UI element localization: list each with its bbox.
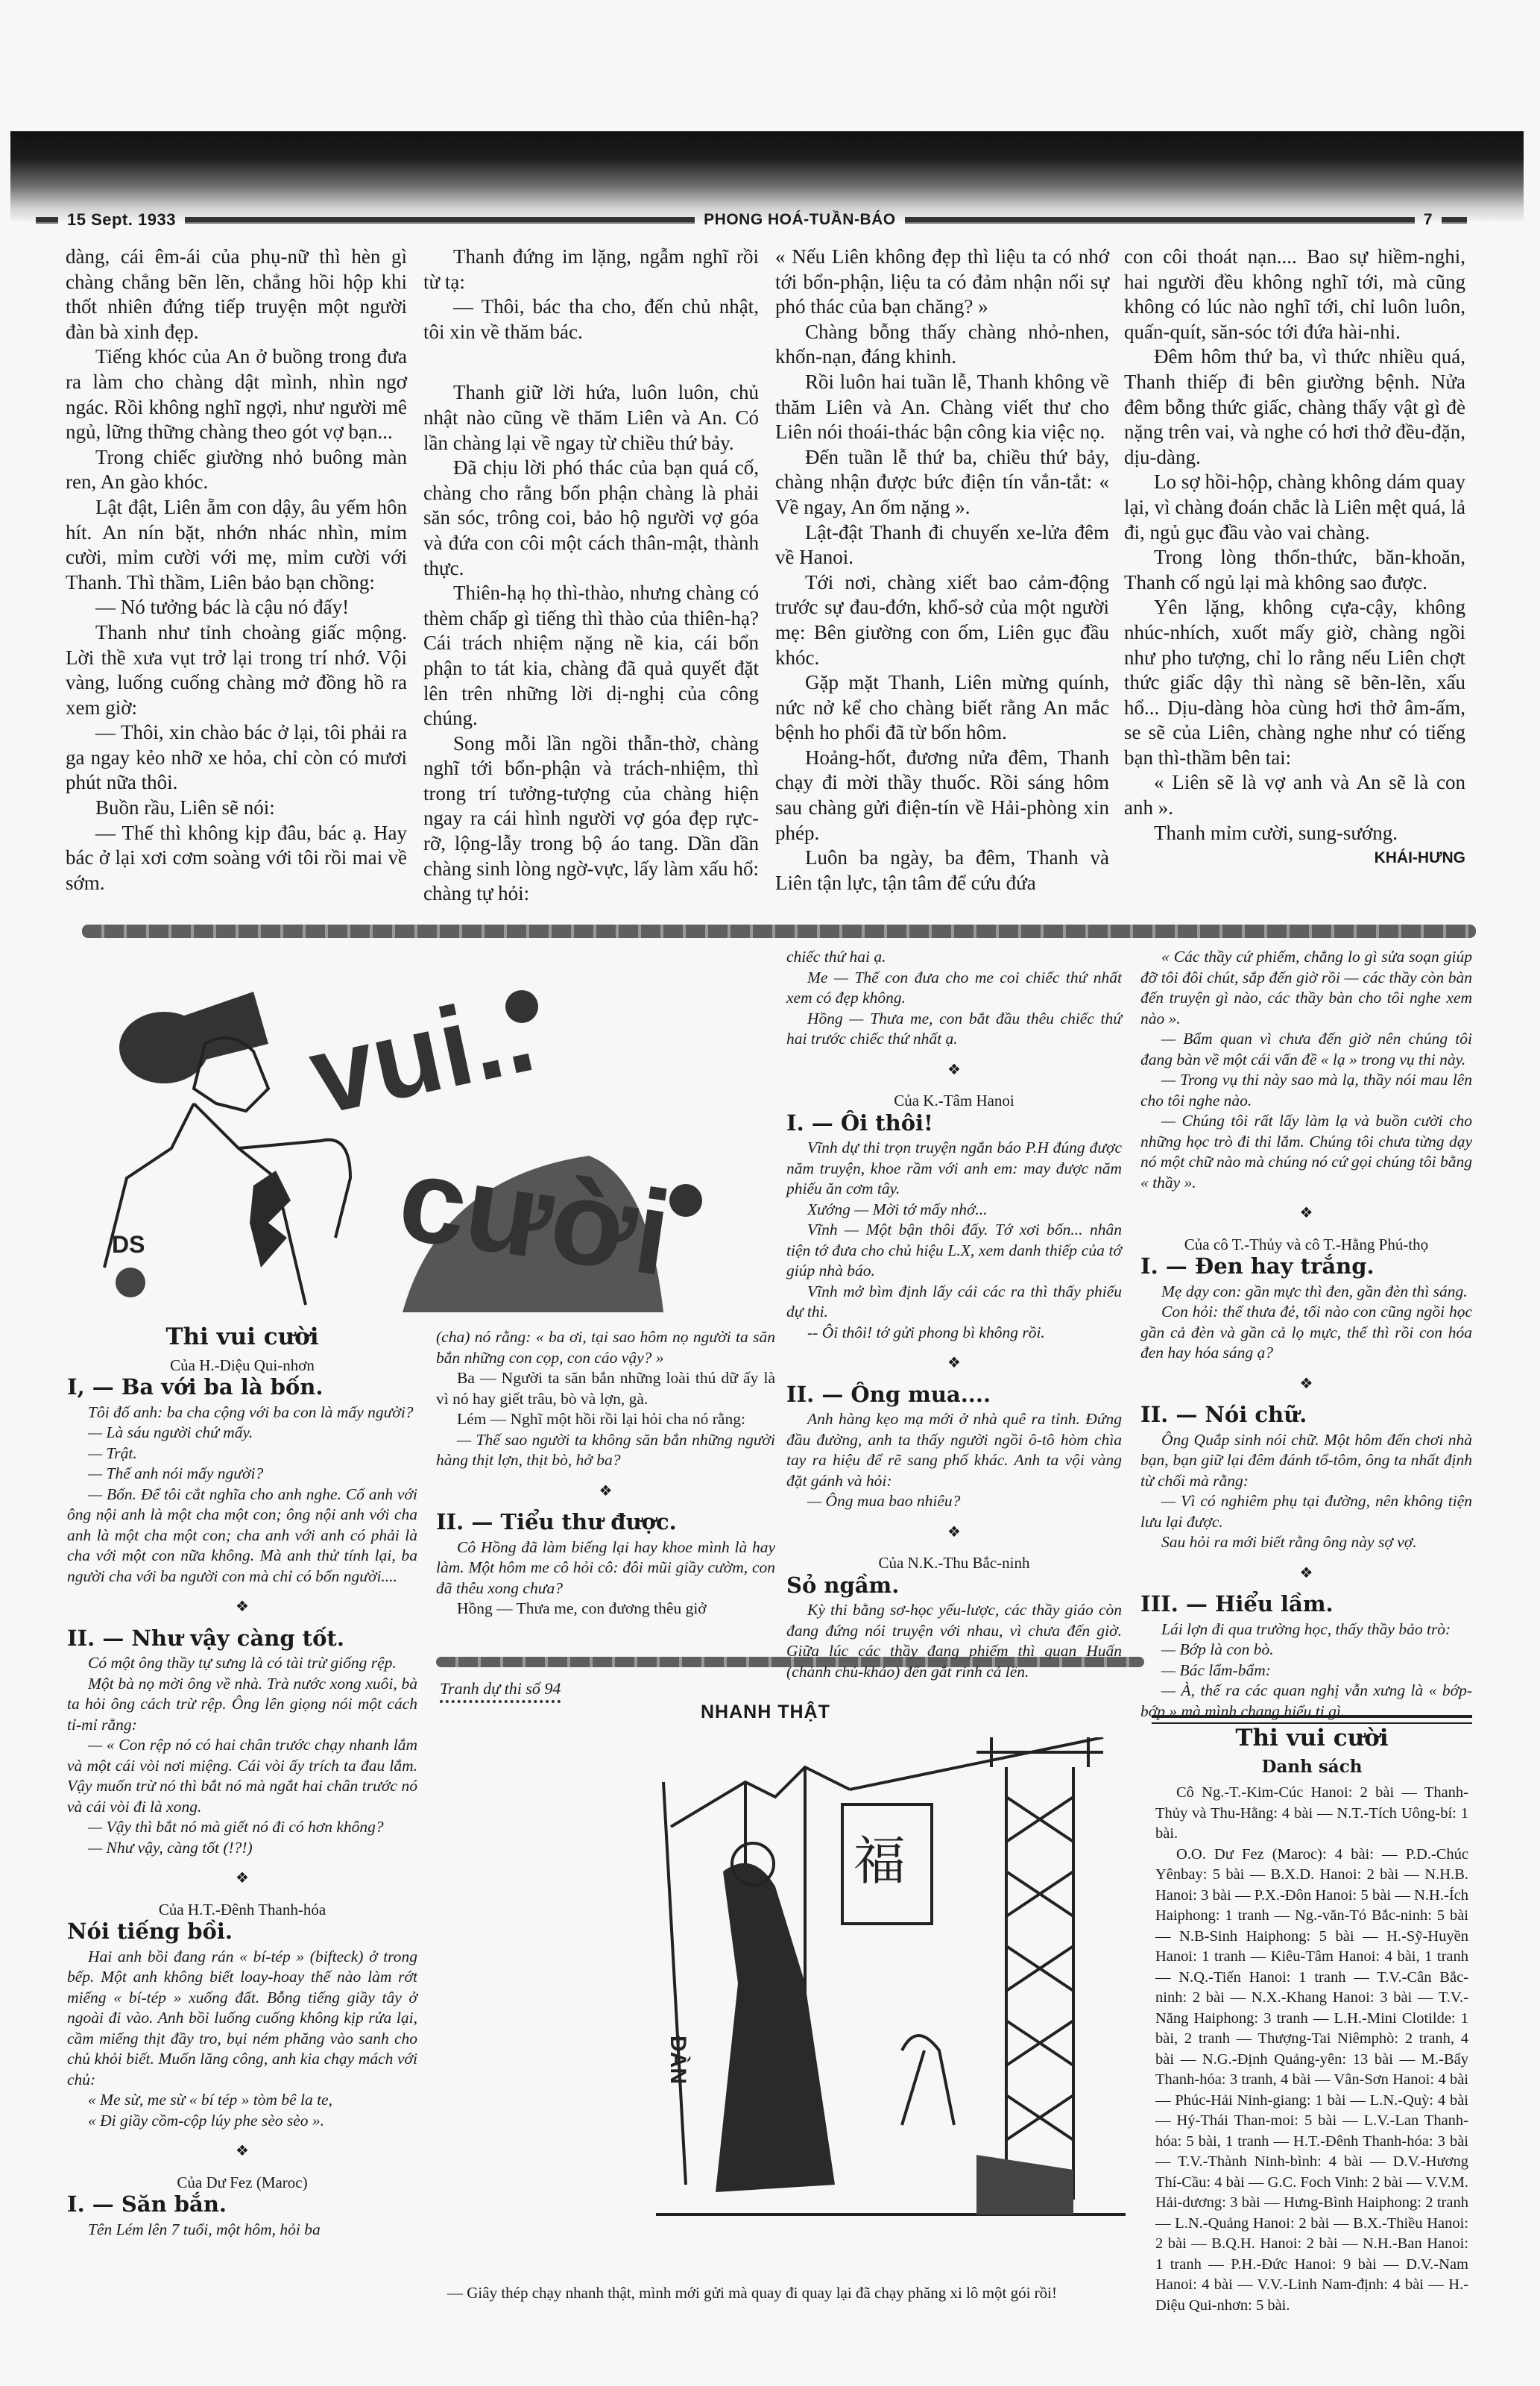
contributor: Của H.-Diệu Qui-nhơn (67, 1356, 417, 1376)
ornament-divider: ❖ (1140, 1564, 1472, 1584)
story-paragraph: Luôn ba ngày, ba đêm, Thanh và Liên tận … (775, 846, 1109, 895)
joke-title: II. — Tiểu thư được. (436, 1512, 775, 1533)
joke-line: — Bẩm quan vì chưa đến giờ nên chúng tôi… (1140, 1029, 1472, 1070)
story-column-3: « Nếu Liên không đẹp thì liệu ta có nhớ … (775, 245, 1109, 895)
svg-text:ĐÀN: ĐÀN (666, 2036, 691, 2084)
story-paragraph: Chàng bỗng thấy chàng nhỏ-nhen, khốn-nạn… (775, 320, 1109, 370)
joke-line: — Bác lẩm-bẩm: (1140, 1661, 1472, 1681)
story-paragraph: Thanh như tỉnh choàng giấc mộng. Lời thề… (66, 620, 407, 720)
ornament-divider: ❖ (1140, 1203, 1472, 1224)
cartoon-entry-label: Tranh dự thi số 94 (440, 1679, 561, 1703)
header-rule (905, 217, 1415, 224)
joke-line: — Vì có nghiêm phụ tại đường, nên không … (1140, 1491, 1472, 1532)
ornament-divider: ❖ (67, 1597, 417, 1618)
banner-lettering: vui.. cười (300, 969, 678, 1301)
joke-line: Tên Lém lên 7 tuổi, một hôm, hỏi ba (67, 2220, 417, 2241)
roster-title: Thi vui cười (1155, 1728, 1468, 1749)
page-top-shading (10, 131, 1524, 221)
svg-text:vui..: vui.. (300, 969, 544, 1139)
joke-line: Me — Thế con đưa cho me coi chiếc thứ nh… (786, 968, 1122, 1009)
joke-line: Một bà nọ mời ông về nhà. Trà nước xong … (67, 1674, 417, 1736)
svg-text:福: 福 (853, 1831, 906, 1892)
story-paragraph: Đến tuần lễ thứ ba, chiều thứ bảy, chàng… (775, 445, 1109, 520)
story-paragraph: — Thôi, bác tha cho, đến chủ nhật, tôi x… (423, 295, 759, 344)
ornament-divider: ❖ (67, 1869, 417, 1889)
joke-line: Lém — Nghĩ một hồi rồi lại hỏi cha nó rằ… (436, 1409, 775, 1430)
joke-line: Anh hàng kẹo mạ mới ở nhà quê ra tỉnh. Đ… (786, 1409, 1122, 1491)
joke-title: I. — Săn bắn. (67, 2194, 417, 2215)
joke-line: Vĩnh mở bìm định lấy cái các ra thì thấy… (786, 1282, 1122, 1323)
story-paragraph: Thanh đứng im lặng, ngẫm nghĩ rồi từ tạ: (423, 245, 759, 295)
story-paragraph: Đêm hôm thứ ba, vì thức nhiều quá, Thanh… (1124, 344, 1465, 470)
joke-line: Tôi đố anh: ba cha cộng với ba con là mấ… (67, 1403, 417, 1423)
joke-line: « Các thầy cứ phiếm, chẳng lo gì sửa soạ… (1140, 947, 1472, 1029)
joke-line: — Là sáu người chứ mấy. (67, 1423, 417, 1444)
cartoon-title: NHANH THẬT (701, 1702, 830, 1723)
joke-title: II. — Ông mua.... (786, 1385, 1122, 1406)
joke-line: — « Con rệp nó có hai chân trước chạy nh… (67, 1735, 417, 1817)
ornament-divider: ❖ (786, 1060, 1122, 1081)
story-paragraph: Trong lòng thổn-thức, băn-khoăn, Thanh c… (1124, 545, 1465, 595)
joke-line: « Đi giầy cồm-cộp lúy phe sèo sèo ». (67, 2111, 417, 2132)
joke-title: I. — Đen hay trắng. (1140, 1256, 1472, 1277)
joke-line: — Chúng tôi rất lấy làm lạ và buồn cười … (1140, 1111, 1472, 1193)
joke-line: Cô Hồng đã làm biếng lại hay khoe mình l… (436, 1537, 775, 1599)
contributor: Của K.-Tâm Hanoi (786, 1091, 1122, 1112)
story-paragraph: Lo sợ hồi-hộp, chàng không dám quay lại,… (1124, 470, 1465, 545)
joke-line: — Trong vụ thi này sao mà lạ, thầy nói m… (1140, 1070, 1472, 1111)
joke-title: III. — Hiểu lầm. (1140, 1594, 1472, 1615)
contributor: Của N.K.-Thu Bắc-ninh (786, 1553, 1122, 1574)
story-paragraph: Tới nơi, chàng xiết bao cảm-động trước s… (775, 570, 1109, 670)
joke-line: (cha) nó rằng: « ba ơi, tại sao hôm nọ n… (436, 1327, 775, 1368)
joke-line: Hồng — Thưa me, con đương thêu giở (436, 1599, 775, 1619)
wavy-divider (436, 1657, 1144, 1667)
joke-line: — Bớp là con bò. (1140, 1640, 1472, 1661)
joke-line: Có một ông thầy tự sưng là có tài trừ gi… (67, 1653, 417, 1674)
roster-paragraph: O.O. Dư Fez (Maroc): 4 bài: — P.D.-Chúc … (1155, 1845, 1468, 2317)
issue-date: 15 Sept. 1933 (67, 210, 176, 230)
cartoon-caption: — Giây thép chạy nhanh thật, mình mới gử… (447, 2283, 1155, 2303)
story-paragraph: Song mỗi lần ngồi thẫn-thờ, chàng nghĩ t… (423, 731, 759, 907)
joke-line: Mẹ dạy con: gần mực thì đen, gần đèn thì… (1140, 1282, 1472, 1303)
page-header: 15 Sept. 1933 PHONG HOÁ-TUẦN-BÁO 7 (36, 209, 1467, 231)
joke-line: — Thế sao người ta không săn bắn những n… (436, 1430, 775, 1471)
header-rule (185, 217, 695, 224)
joke-title: Nói tiếng bồi. (67, 1921, 417, 1942)
joke-title: I, — Ba với ba là bốn. (67, 1377, 417, 1398)
joke-line: — Ông mua bao nhiêu? (786, 1491, 1122, 1512)
author-signature: KHÁI-HƯNG (1124, 846, 1465, 871)
page-number: 7 (1424, 211, 1433, 229)
story-paragraph: Đã chịu lời phó thác của bạn quá cố, chà… (423, 456, 759, 581)
story-paragraph: Rồi luôn hai tuần lễ, Thanh không về thă… (775, 370, 1109, 445)
story-column-4: con côi thoát nạn.... Bao sự hiềm-nghi, … (1124, 245, 1465, 871)
vui-cuoi-banner-illustration: DS vui.. cười (82, 954, 738, 1312)
joke-line: « Me sừ, me sừ « bí tép » tòm bê la te, (67, 2090, 417, 2111)
joke-line: Ông Quắp sinh nói chữ. Một hôm đến chơi … (1140, 1430, 1472, 1492)
story-paragraph: Lật-đật Thanh đi chuyến xe-lửa đêm về Ha… (775, 520, 1109, 570)
story-paragraph: Yên lặng, không cựa-cậy, không nhúc-nhíc… (1124, 595, 1465, 770)
contest-roster: Thi vui cười Danh sách Cô Ng.-T.-Kim-Cúc… (1155, 1728, 1468, 2316)
story-paragraph: Trong chiếc giường nhỏ buông màn ren, An… (66, 445, 407, 495)
story-paragraph: — Thôi, xin chào bác ở lại, tôi phải ra … (66, 720, 407, 796)
joke-line: Vĩnh dự thi trọn truyện ngắn báo P.H đún… (786, 1138, 1122, 1200)
joke-title: II. — Nói chữ. (1140, 1405, 1472, 1426)
section-double-rule (1152, 1715, 1472, 1724)
joke-title: Sỏ ngầm. (786, 1576, 1122, 1596)
jokes-right-column-a: chiếc thứ hai ạ. Me — Thế con đưa cho me… (786, 947, 1122, 1682)
story-paragraph: Hoảng-hốt, đương nửa đêm, Thanh chạy đi … (775, 746, 1109, 846)
story-paragraph: Thanh mỉm cười, sung-sướng. (1124, 821, 1465, 846)
publication-name: PHONG HOÁ-TUẦN-BÁO (704, 211, 895, 229)
joke-line: Hai anh bồi đang rán « bí-tép » (bifteck… (67, 1947, 417, 2091)
joke-line: Vĩnh — Một bận thôi đấy. Tớ xơi bốn... n… (786, 1220, 1122, 1282)
joke-line: Ba — Người ta săn bắn những loài thú dữ … (436, 1368, 775, 1409)
joke-line: Hồng — Thưa me, con bắt đầu thêu chiếc t… (786, 1009, 1122, 1050)
story-paragraph: « Nếu Liên không đẹp thì liệu ta có nhớ … (775, 245, 1109, 320)
joke-title: II. — Như vậy càng tốt. (67, 1628, 417, 1649)
ornament-divider: ❖ (786, 1523, 1122, 1543)
contributor: Của Dư Fez (Maroc) (67, 2173, 417, 2194)
svg-text:DS: DS (112, 1231, 145, 1258)
joke-line: Xướng — Mời tớ mấy nhớ... (786, 1200, 1122, 1221)
header-rule (36, 217, 58, 224)
jokes-middle-column: (cha) nó rằng: « ba ơi, tại sao hôm nọ n… (436, 1327, 775, 1619)
story-paragraph: Thanh giữ lời hứa, luôn luôn, chủ nhật n… (423, 380, 759, 456)
story-paragraph: Thiên-hạ họ thì-thào, nhưng chàng có thè… (423, 581, 759, 731)
contributor: Của H.T.-Đênh Thanh-hóa (67, 1900, 417, 1921)
joke-line: Con hỏi: thế thưa đẻ, tối nào con cũng n… (1140, 1302, 1472, 1364)
story-paragraph: Gặp mặt Thanh, Liên mừng quính, nức nở k… (775, 670, 1109, 746)
roster-paragraph: Cô Ng.-T.-Kim-Cúc Hanoi: 2 bài — Thanh-T… (1155, 1783, 1468, 1845)
roster-subtitle: Danh sách (1155, 1757, 1468, 1778)
joke-line: — Như vậy, càng tốt (!?!) (67, 1838, 417, 1859)
story-paragraph: Buồn rầu, Liên sẽ nói: (66, 796, 407, 821)
jokes-left-column: Thi vui cười Của H.-Diệu Qui-nhơn I, — B… (67, 1327, 417, 2240)
joke-line: Lái lợn đi qua trường học, thấy thầy bảo… (1140, 1619, 1472, 1640)
joke-line: — Trật. (67, 1444, 417, 1464)
joke-line: Sau hỏi ra mới biết rằng ông này sợ vợ. (1140, 1532, 1472, 1553)
wavy-divider (82, 925, 1476, 938)
ornament-divider: ❖ (436, 1482, 775, 1502)
ornament-divider: ❖ (67, 2141, 417, 2162)
jokes-right-column-b: « Các thầy cứ phiếm, chẳng lo gì sửa soạ… (1140, 947, 1472, 1722)
story-paragraph: dàng, cái êm-ái của phụ-nữ thì hèn gì ch… (66, 245, 407, 344)
joke-line: — Bốn. Để tôi cắt nghĩa cho anh nghe. Cố… (67, 1485, 417, 1587)
telegraph-cartoon-illustration: 福 ĐÀN (656, 1737, 1133, 2259)
story-column-1: dàng, cái êm-ái của phụ-nữ thì hèn gì ch… (66, 245, 407, 895)
contributor: Của cô T.-Thủy và cô T.-Hằng Phú-thọ (1140, 1235, 1472, 1256)
story-column-2: Thanh đứng im lặng, ngẫm nghĩ rồi từ tạ:… (423, 245, 759, 907)
joke-title: I. — Ôi thôi! (786, 1113, 1122, 1134)
section-title: Thi vui cười (67, 1327, 417, 1348)
joke-line: chiếc thứ hai ạ. (786, 947, 1122, 968)
joke-line: — Thế anh nói mấy người? (67, 1464, 417, 1485)
joke-line: Kỳ thi bằng sơ-học yếu-lược, các thầy gi… (786, 1600, 1122, 1682)
story-paragraph: — Thế thì không kịp đâu, bác ạ. Hay bác … (66, 821, 407, 896)
ornament-divider: ❖ (1140, 1374, 1472, 1395)
story-paragraph: Lật đật, Liên ẵm con dậy, âu yếm hôn hít… (66, 495, 407, 595)
story-paragraph: — Nó tưởng bác là cậu nó đấy! (66, 595, 407, 620)
ornament-divider: ❖ (786, 1353, 1122, 1374)
story-paragraph: « Liên sẽ là vợ anh và An sẽ là con anh … (1124, 770, 1465, 820)
story-paragraph: Tiếng khóc của An ở buồng trong đưa ra l… (66, 344, 407, 444)
header-rule (1442, 217, 1467, 224)
story-paragraph: con côi thoát nạn.... Bao sự hiềm-nghi, … (1124, 245, 1465, 344)
joke-line: -- Ôi thôi! tớ gửi phong bì không rồi. (786, 1323, 1122, 1344)
joke-line: — Vậy thì bắt nó mà giết nó đi có hơn kh… (67, 1817, 417, 1838)
